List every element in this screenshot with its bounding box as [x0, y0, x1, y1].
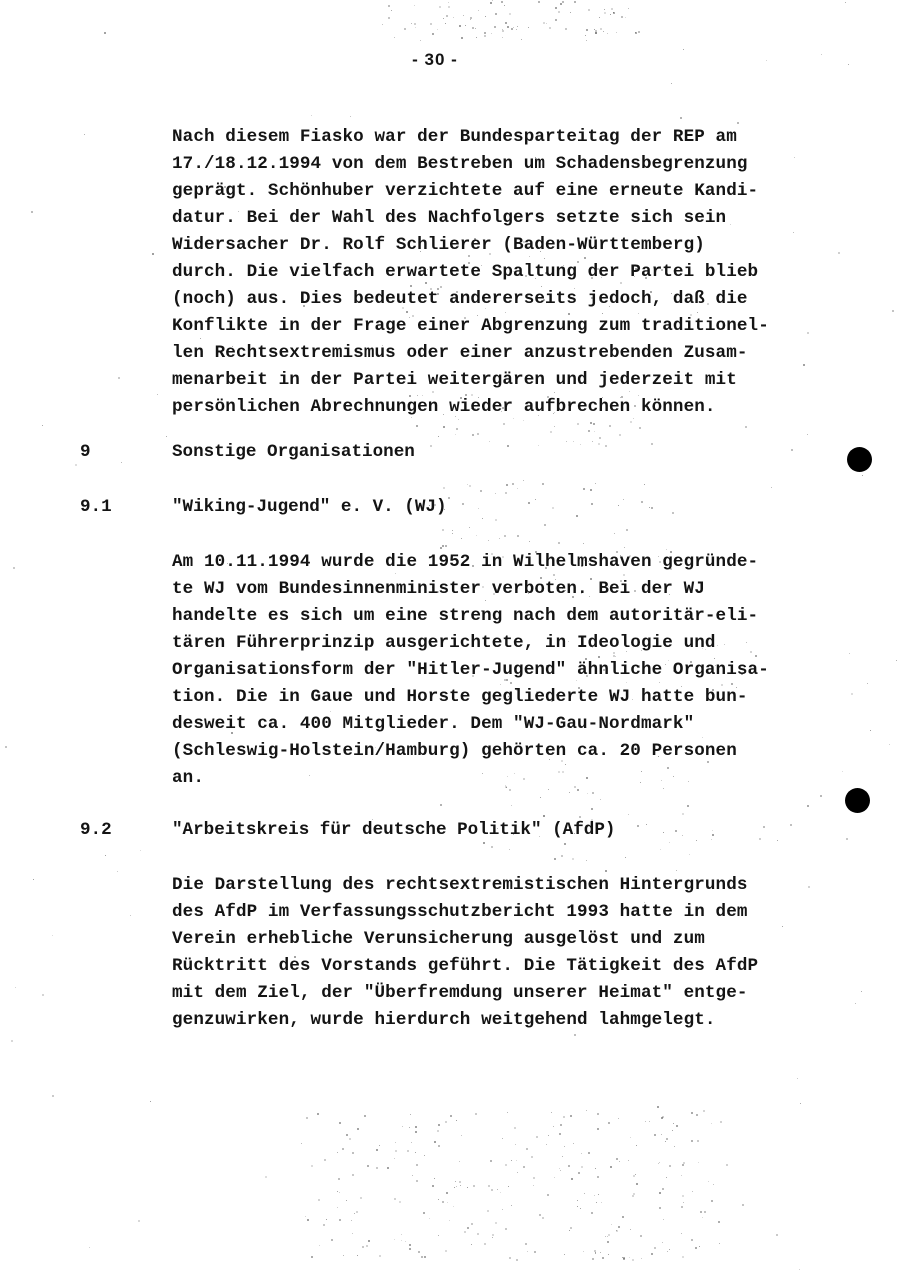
text-line: persönlichen Abrechnungen wieder aufbrec… — [172, 394, 792, 421]
section-heading-9-1: 9.1 "Wiking-Jugend" e. V. (WJ) — [80, 494, 800, 521]
text-line: mit dem Ziel, der "Überfremdung unserer … — [172, 980, 792, 1007]
page-number: - 30 - — [0, 50, 870, 70]
text-line: Rücktritt des Vorstands geführt. Die Tät… — [172, 953, 792, 980]
punch-hole-icon — [847, 447, 872, 472]
text-line: (Schleswig-Holstein/Hamburg) gehörten ca… — [172, 738, 792, 765]
text-line: te WJ vom Bundesinnenminister verboten. … — [172, 576, 792, 603]
text-line: handelte es sich um eine streng nach dem… — [172, 603, 792, 630]
text-line: Nach diesem Fiasko war der Bundesparteit… — [172, 124, 792, 151]
punch-hole-icon — [845, 788, 870, 813]
text-line: menarbeit in der Partei weitergären und … — [172, 367, 792, 394]
text-line: tären Führerprinzip ausgerichtete, in Id… — [172, 630, 792, 657]
text-line: 17./18.12.1994 von dem Bestreben um Scha… — [172, 151, 792, 178]
text-line: des AfdP im Verfassungsschutzbericht 199… — [172, 899, 792, 926]
section-heading-9-2: 9.2 "Arbeitskreis für deutsche Politik" … — [80, 817, 800, 844]
text-line: Konflikte in der Frage einer Abgrenzung … — [172, 313, 792, 340]
section-title: "Wiking-Jugend" e. V. (WJ) — [172, 494, 447, 521]
section-number: 9 — [80, 439, 91, 466]
text-line: durch. Die vielfach erwartete Spaltung d… — [172, 259, 792, 286]
text-line: desweit ca. 400 Mitglieder. Dem "WJ-Gau-… — [172, 711, 792, 738]
section-title: "Arbeitskreis für deutsche Politik" (Afd… — [172, 817, 615, 844]
text-line: Am 10.11.1994 wurde die 1952 in Wilhelms… — [172, 549, 792, 576]
intro-paragraph: Nach diesem Fiasko war der Bundesparteit… — [172, 124, 792, 421]
text-line: an. — [172, 765, 792, 792]
scanned-document-page: - 30 - Nach diesem Fiasko war der Bundes… — [0, 0, 900, 1273]
section-9-1-paragraph: Am 10.11.1994 wurde die 1952 in Wilhelms… — [172, 549, 792, 792]
section-heading-9: 9 Sonstige Organisationen — [80, 439, 800, 466]
section-number: 9.1 — [80, 494, 112, 521]
text-line: len Rechtsextremismus oder einer anzustr… — [172, 340, 792, 367]
text-line: tion. Die in Gaue und Horste gegliederte… — [172, 684, 792, 711]
text-line: genzuwirken, wurde hierdurch weitgehend … — [172, 1007, 792, 1034]
section-9-2-paragraph: Die Darstellung des rechtsextremistische… — [172, 872, 792, 1034]
text-line: datur. Bei der Wahl des Nachfolgers setz… — [172, 205, 792, 232]
section-number: 9.2 — [80, 817, 112, 844]
text-line: Widersacher Dr. Rolf Schlierer (Baden-Wü… — [172, 232, 792, 259]
text-line: Die Darstellung des rechtsextremistische… — [172, 872, 792, 899]
text-line: Organisationsform der "Hitler-Jugend" äh… — [172, 657, 792, 684]
text-line: (noch) aus. Dies bedeutet andererseits j… — [172, 286, 792, 313]
section-title: Sonstige Organisationen — [172, 439, 415, 466]
text-line: Verein erhebliche Verunsicherung ausgelö… — [172, 926, 792, 953]
text-line: geprägt. Schönhuber verzichtete auf eine… — [172, 178, 792, 205]
